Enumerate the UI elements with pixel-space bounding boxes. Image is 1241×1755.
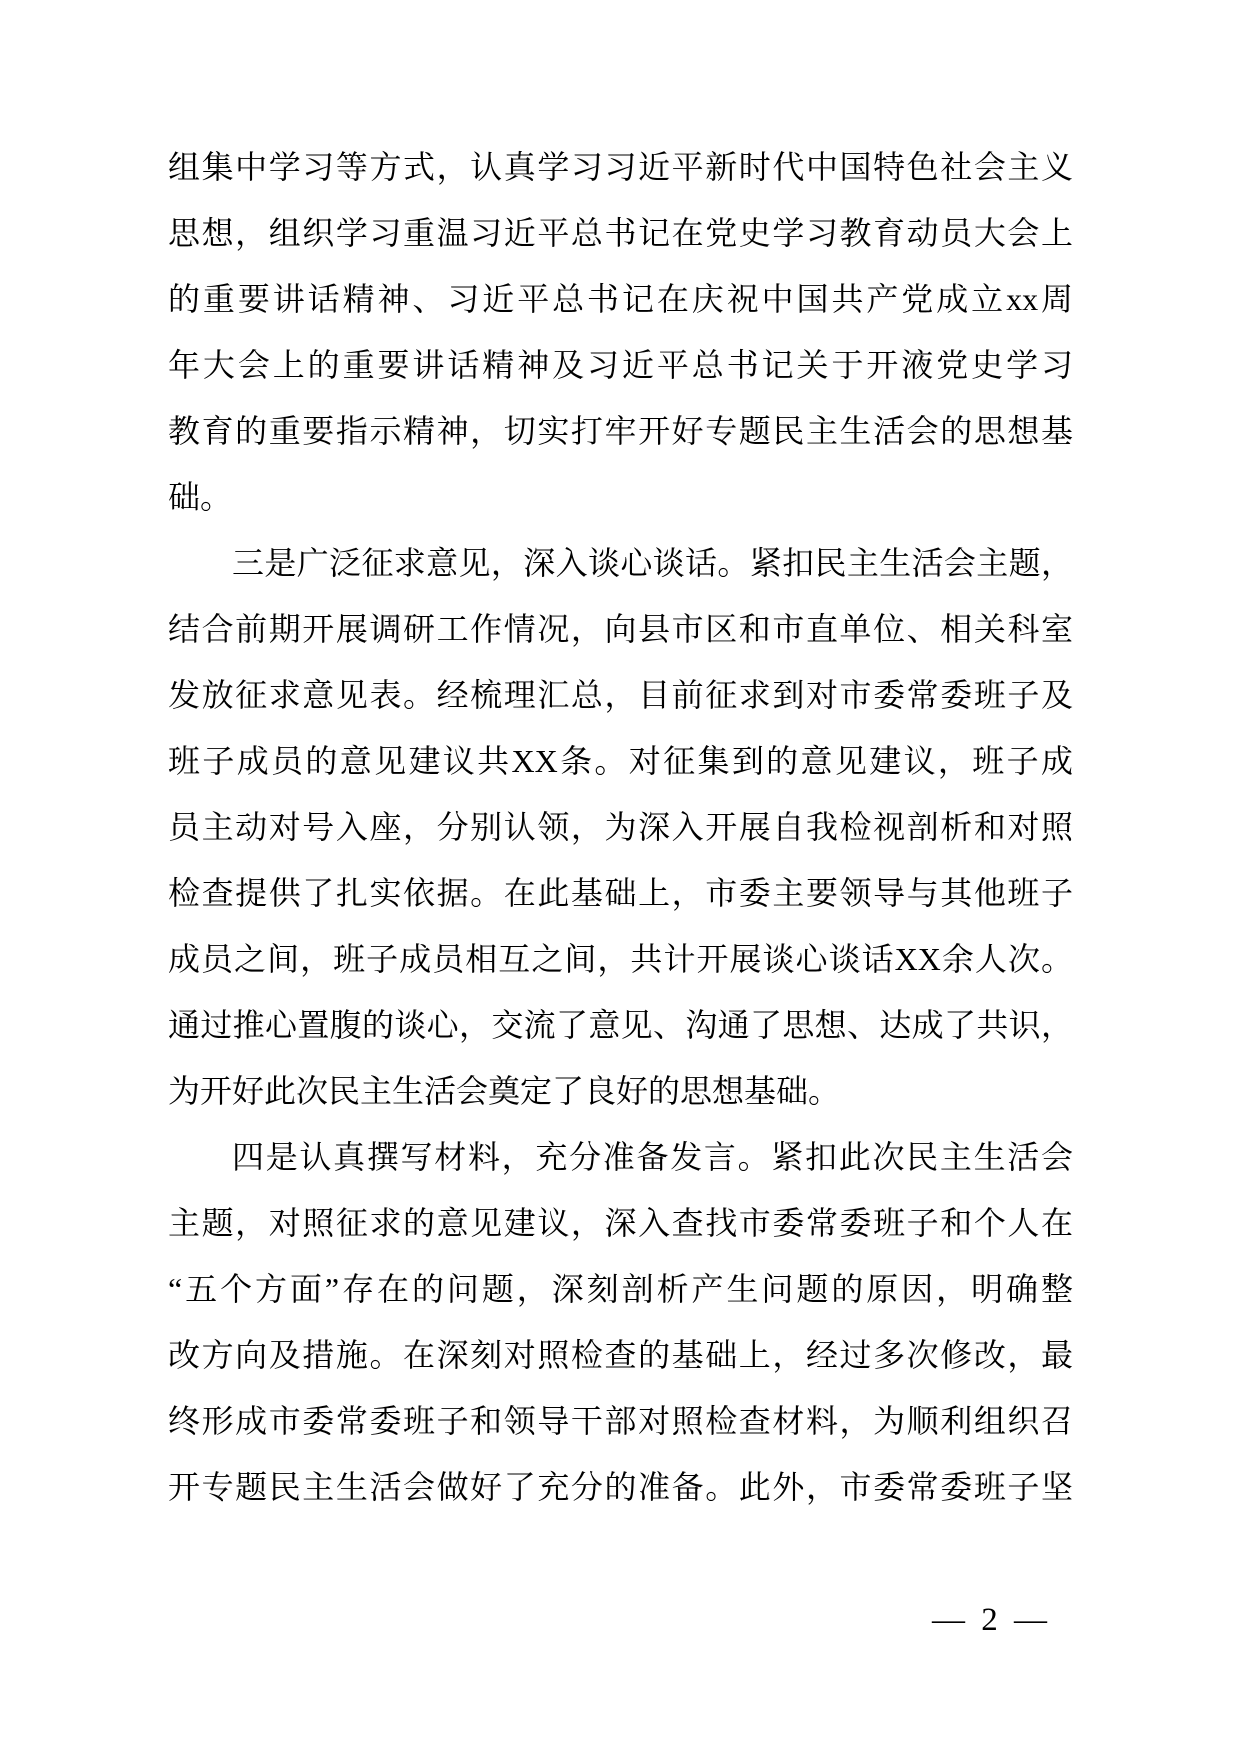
text-line-10: 班子成员的意见建议共XX条。对征集到的意见建议，班子成	[168, 728, 1073, 794]
text-line-15: 为开好此次民主生活会奠定了良好的思想基础。	[168, 1058, 1073, 1124]
text-line-19: 改方向及措施。在深刻对照检查的基础上，经过多次修改，最	[168, 1322, 1073, 1388]
text-line-6: 础。	[168, 464, 1073, 530]
text-line-8: 结合前期开展调研工作情况，向县市区和市直单位、相关科室	[168, 596, 1073, 662]
text-line-21: 开专题民主生活会做好了充分的准备。此外，市委常委班子坚	[168, 1454, 1073, 1520]
text-line-3: 的重要讲话精神、习近平总书记在庆祝中国共产党成立xx周	[168, 266, 1073, 332]
text-line-20: 终形成市委常委班子和领导干部对照检查材料，为顺利组织召	[168, 1388, 1073, 1454]
text-line-12: 检查提供了扎实依据。在此基础上，市委主要领导与其他班子	[168, 860, 1073, 926]
text-line-14: 通过推心置腹的谈心，交流了意见、沟通了思想、达成了共识，	[168, 992, 1073, 1058]
text-line-16-paragraph-start: 四是认真撰写材料，充分准备发言。紧扣此次民主生活会	[168, 1124, 1073, 1190]
text-line-9: 发放征求意见表。经梳理汇总，目前征求到对市委常委班子及	[168, 662, 1073, 728]
text-line-18: “五个方面”存在的问题，深刻剖析产生问题的原因，明确整	[168, 1256, 1073, 1322]
text-line-11: 员主动对号入座，分别认领，为深入开展自我检视剖析和对照	[168, 794, 1073, 860]
text-line-7-paragraph-start: 三是广泛征求意见，深入谈心谈话。紧扣民主生活会主题，	[168, 530, 1073, 596]
text-line-13: 成员之间，班子成员相互之间，共计开展谈心谈话XX余人次。	[168, 926, 1073, 992]
page-number: — 2 —	[932, 1602, 1051, 1638]
text-line-17: 主题，对照征求的意见建议，深入查找市委常委班子和个人在	[168, 1190, 1073, 1256]
document-body: 组集中学习等方式，认真学习习近平新时代中国特色社会主义 思想，组织学习重温习近平…	[168, 134, 1073, 1520]
text-line-4: 年大会上的重要讲话精神及习近平总书记关于开液党史学习	[168, 332, 1073, 398]
text-line-1: 组集中学习等方式，认真学习习近平新时代中国特色社会主义	[168, 134, 1073, 200]
document-page: 组集中学习等方式，认真学习习近平新时代中国特色社会主义 思想，组织学习重温习近平…	[0, 0, 1241, 1755]
text-line-5: 教育的重要指示精神，切实打牢开好专题民主生活会的思想基	[168, 398, 1073, 464]
page-footer: — 2 —	[932, 1602, 1051, 1639]
text-line-2: 思想，组织学习重温习近平总书记在党史学习教育动员大会上	[168, 200, 1073, 266]
